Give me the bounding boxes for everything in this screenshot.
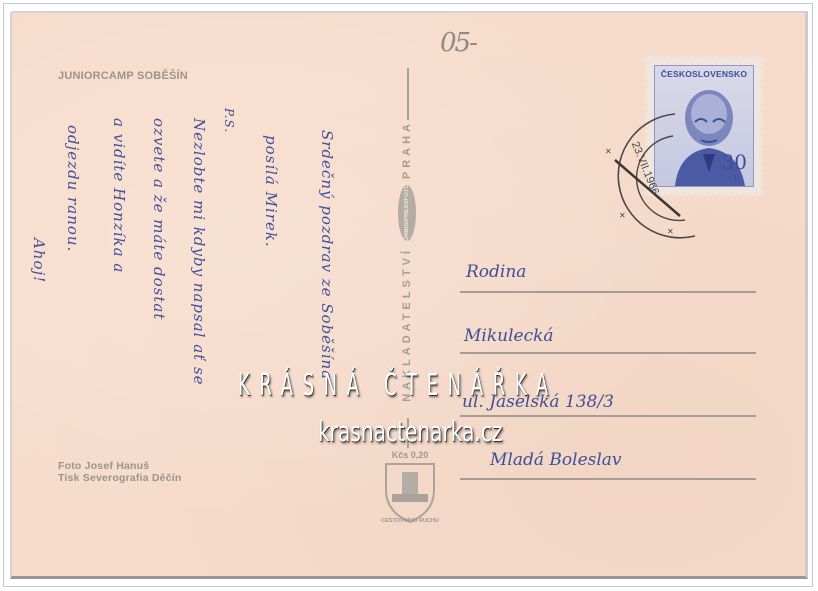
print-credit: Tisk Severografia Děčín — [58, 472, 181, 484]
publisher-logo-icon: ORBIS/PRESSFOTO — [398, 185, 416, 241]
tourism-tax-stamp: Kčs 0,20 CESTOVNÍHO RUCHU — [370, 448, 450, 528]
postcard-title: JUNIORCAMP SOBĚŠÍN — [58, 70, 188, 82]
address-line-1: Rodina — [466, 262, 526, 282]
message-line-5: ozvete a že máte dostat — [150, 118, 168, 320]
stamp-country: ČESKOSLOVENSKO — [655, 69, 753, 79]
stamp-unit: h — [735, 175, 739, 184]
svg-text:✕: ✕ — [619, 211, 626, 220]
message-line-1: Srdečný pozdrav ze Soběšína — [318, 130, 336, 380]
message-line-3: P.S. — [222, 108, 236, 133]
address-rule-3 — [460, 415, 756, 417]
shield-icon: CESTOVNÍHO RUCHU — [374, 460, 446, 526]
photo-credit: Foto Josef Hanuš — [58, 460, 181, 472]
address-line-2: Mikulecká — [464, 326, 554, 346]
tax-price: Kčs 0,20 — [378, 450, 442, 460]
message-line-2: posílá Mirek. — [262, 135, 280, 248]
tax-text-svg: CESTOVNÍHO RUCHU — [381, 516, 439, 524]
address-rule-2 — [460, 352, 756, 354]
message-line-8: Ahoj! — [30, 238, 48, 283]
handwritten-number: 05- — [440, 28, 476, 58]
message-line-7: odjezdu ranou. — [64, 125, 82, 252]
message-line-6: a vidíte Honzíka a — [110, 118, 128, 273]
address-rule-1 — [460, 291, 756, 293]
message-line-4: Nezlobte mi kdyby napsal ať se — [190, 118, 208, 386]
svg-text:✕: ✕ — [605, 147, 612, 156]
center-divider-top — [407, 68, 409, 120]
publisher-city: PRAHA — [401, 120, 413, 179]
address-line-4: Mladá Boleslav — [490, 450, 622, 470]
watermark-url: krasnactenarka.cz — [318, 415, 503, 448]
watermark-title: KRÁSNÁ ČTENÁŘKA — [238, 368, 558, 403]
postcard-credits: Foto Josef Hanuš Tisk Severografia Děčín — [58, 460, 181, 484]
svg-text:✕: ✕ — [667, 227, 674, 236]
address-rule-4 — [460, 478, 756, 480]
postmark-icon: ✕ ✕ ✕ — [585, 108, 735, 248]
publisher-logo-text: ORBIS/PRESSFOTO — [404, 184, 410, 242]
